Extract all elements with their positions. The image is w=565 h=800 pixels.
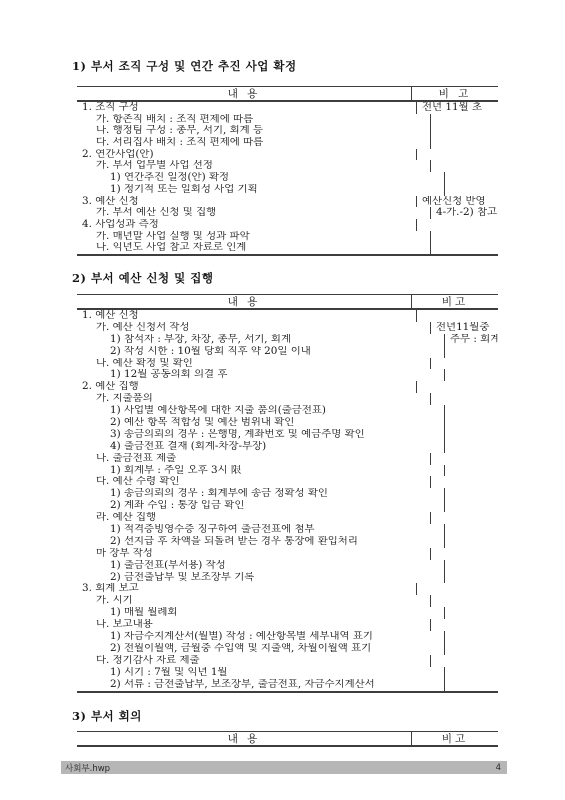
note-cell — [430, 512, 498, 524]
document-page: 1) 부서 조직 구성 및 연간 추진 사업 확정 내 용비 고1. 조직 구성… — [0, 0, 565, 800]
note-cell — [430, 160, 498, 172]
table-row: 나. 예산 확정 및 확인 — [77, 358, 498, 370]
note-cell — [430, 595, 498, 607]
header-cell-content: 내 용 — [77, 87, 411, 100]
content-cell: 2) 전월이월액, 금월중 수입액 및 지출액, 차월이월액 표기 — [77, 643, 444, 655]
table-row: 1) 회계부 : 주일 오후 3시 限 — [77, 465, 498, 477]
note-cell: 전년 11월 초 — [416, 102, 498, 114]
table-row: 1) 자금수지계산서(월별) 작성 : 예산항목별 세부내역 표기 — [77, 631, 498, 643]
content-cell: 라. 예산 집행 — [77, 512, 430, 524]
table-row: 다. 예산 수령 확인 — [77, 476, 498, 488]
content-cell: 1) 정기적 또는 일회성 사업 기획 — [77, 184, 444, 196]
table-row: 가. 부서 업무별 사업 선정 — [77, 160, 498, 172]
table-row: 2) 계좌 수입 : 통장 입금 확인 — [77, 500, 498, 512]
note-cell — [430, 125, 498, 137]
table-row: 2) 선지급 후 차액을 되돌려 받는 경우 통장에 환입처리 — [77, 536, 498, 548]
note-cell — [444, 607, 498, 619]
content-cell: 2) 계좌 수입 : 통장 입금 확인 — [77, 500, 444, 512]
note-cell: 주무 : 회계 — [444, 334, 498, 346]
table-row: 나. 익년도 사업 참고 자료로 인계 — [77, 242, 498, 254]
table-header-row: 내 용비 고 — [77, 87, 498, 102]
note-cell — [444, 346, 498, 358]
note-cell — [430, 619, 498, 631]
table-row: 라. 예산 집행 — [77, 512, 498, 524]
content-cell: 1) 출금전표(부서용) 작성 — [77, 560, 444, 572]
content-cell: 1) 회계부 : 주일 오후 3시 限 — [77, 465, 444, 477]
table-row: 나. 출금전표 제출 — [77, 453, 498, 465]
content-cell: 가. 예산 신청서 작성 — [77, 322, 430, 334]
table-row: 나. 보고내용 — [77, 619, 498, 631]
content-cell: 2) 예산 항목 적합성 및 예산 범위내 확인 — [77, 417, 444, 429]
note-cell — [444, 441, 498, 453]
content-cell: 1) 12월 공동의회 의결 후 — [77, 369, 444, 381]
note-cell — [430, 453, 498, 465]
table-row: 1) 참석자 : 부장, 차장, 총무, 서기, 회계주무 : 회계 — [77, 334, 498, 346]
content-cell: 4) 출금전표 결재 (회계-차장-부장) — [77, 441, 444, 453]
content-cell: 다. 정기감사 자료 제출 — [77, 655, 430, 667]
content-cell: 2. 예산 집행 — [77, 381, 416, 393]
note-cell: 전년11월중 — [430, 322, 498, 334]
note-cell — [444, 679, 498, 691]
note-cell — [444, 536, 498, 548]
note-cell — [430, 231, 498, 243]
note-cell — [444, 369, 498, 381]
page-number: 4 — [496, 763, 507, 773]
section-table-2: 내 용비고1. 예산 신청가. 예산 신청서 작성전년11월중1) 참석자 : … — [77, 294, 498, 693]
content-cell: 1) 송금의뢰의 경우 : 회계부에 송금 정확성 확인 — [77, 488, 444, 500]
table-row: 1) 사업별 예산항목에 대한 지출 품의(출금전표) — [77, 405, 498, 417]
table-row: 4) 출금전표 결재 (회계-차장-부장) — [77, 441, 498, 453]
note-cell — [444, 500, 498, 512]
content-cell: 마 장부 작성 — [77, 548, 430, 560]
table-row: 1) 12월 공동의회 의결 후 — [77, 369, 498, 381]
content-cell: 나. 행정팀 구성 : 총무, 서기, 회계 등 — [77, 125, 430, 137]
content-cell: 2) 서류 : 금전출납부, 보조장부, 출금전표, 자금수지계산서 — [77, 679, 444, 691]
note-cell — [444, 667, 498, 679]
content-cell: 3) 송금의뢰의 경우 : 은행명, 계좌번호 및 예금주명 확인 — [77, 429, 444, 441]
note-cell — [416, 583, 498, 595]
content-cell: 나. 익년도 사업 참고 자료로 인계 — [77, 242, 430, 254]
header-cell-note: 비고 — [411, 732, 498, 745]
content-cell: 다. 예산 수령 확인 — [77, 476, 430, 488]
content-cell: 가. 시기 — [77, 595, 430, 607]
note-cell — [444, 405, 498, 417]
header-cell-note: 비 고 — [411, 87, 498, 100]
table-row: 다. 정기감사 자료 제출 — [77, 655, 498, 667]
table-row: 3) 송금의뢰의 경우 : 은행명, 계좌번호 및 예금주명 확인 — [77, 429, 498, 441]
note-cell — [444, 643, 498, 655]
note-cell — [416, 219, 498, 231]
note-cell — [444, 488, 498, 500]
content-cell: 2. 연간사업(안) — [77, 149, 416, 161]
note-cell — [444, 631, 498, 643]
table-body: 1. 예산 신청가. 예산 신청서 작성전년11월중1) 참석자 : 부장, 차… — [77, 310, 498, 691]
note-cell — [430, 137, 498, 149]
content-cell: 3. 회계 보고 — [77, 583, 416, 595]
table-row: 가. 매년말 사업 실행 및 성과 파악 — [77, 231, 498, 243]
table-row: 2) 예산 항목 적합성 및 예산 범위내 확인 — [77, 417, 498, 429]
table-row: 1) 적격증빙영수증 징구하여 출금전표에 첨부 — [77, 524, 498, 536]
header-cell-content: 내 용 — [77, 295, 411, 308]
note-cell — [444, 560, 498, 572]
header-cell-note: 비고 — [411, 295, 498, 308]
content-cell: 나. 보고내용 — [77, 619, 430, 631]
note-cell: 4-가.-2) 참고 — [430, 207, 498, 219]
table-row: 가. 항존직 배치 : 조직 편제에 따름 — [77, 114, 498, 126]
table-row: 1) 송금의뢰의 경우 : 회계부에 송금 정확성 확인 — [77, 488, 498, 500]
section-title-2: 2) 부서 예산 신청 및 집행 — [72, 272, 213, 285]
content-cell: 1) 적격증빙영수증 징구하여 출금전표에 첨부 — [77, 524, 444, 536]
content-cell: 1) 자금수지계산서(월별) 작성 : 예산항목별 세부내역 표기 — [77, 631, 444, 643]
content-cell: 4. 사업성과 측정 — [77, 219, 416, 231]
section-title-1: 1) 부서 조직 구성 및 연간 추진 사업 확정 — [72, 60, 297, 73]
content-cell: 가. 항존직 배치 : 조직 편제에 따름 — [77, 114, 430, 126]
content-cell: 가. 부서 업무별 사업 선정 — [77, 160, 430, 172]
note-cell — [444, 572, 498, 584]
header-cell-content: 내 용 — [77, 732, 411, 745]
content-cell: 1) 시기 : 7월 및 익년 1월 — [77, 667, 444, 679]
file-name: 사회부.hwp — [61, 762, 110, 774]
note-cell — [430, 548, 498, 560]
table-row: 1) 출금전표(부서용) 작성 — [77, 560, 498, 572]
note-cell — [444, 172, 498, 184]
table-row: 4. 사업성과 측정 — [77, 219, 498, 231]
note-cell — [444, 417, 498, 429]
table-row: 1. 예산 신청 — [77, 310, 498, 322]
content-cell: 2) 금전출납부 및 보조장부 기록 — [77, 572, 444, 584]
table-row: 1) 연간추진 일정(안) 확정 — [77, 172, 498, 184]
table-row: 2) 서류 : 금전출납부, 보조장부, 출금전표, 자금수지계산서 — [77, 679, 498, 691]
table-header-row: 내 용비고 — [77, 295, 498, 310]
note-cell — [430, 114, 498, 126]
table-row: 가. 지출품의 — [77, 393, 498, 405]
content-cell: 2) 선지급 후 차액을 되돌려 받는 경우 통장에 환입처리 — [77, 536, 444, 548]
table-row: 2) 작성 시한 : 10월 당회 직후 약 20일 이내 — [77, 346, 498, 358]
table-row: 마 장부 작성 — [77, 548, 498, 560]
content-cell: 2) 작성 시한 : 10월 당회 직후 약 20일 이내 — [77, 346, 444, 358]
note-cell — [430, 393, 498, 405]
content-cell: 가. 매년말 사업 실행 및 성과 파악 — [77, 231, 430, 243]
note-cell — [430, 242, 498, 254]
content-cell: 다. 서리집사 배치 : 조직 편제에 따름 — [77, 137, 430, 149]
note-cell — [430, 476, 498, 488]
table-row: 2) 금전출납부 및 보조장부 기록 — [77, 572, 498, 584]
section-table-3: 내 용비고 — [77, 731, 498, 747]
table-row: 가. 시기 — [77, 595, 498, 607]
content-cell: 1) 매월 월례회 — [77, 607, 444, 619]
table-row: 3. 회계 보고 — [77, 583, 498, 595]
content-cell: 가. 부서 예산 신청 및 집행 — [77, 207, 430, 219]
content-cell: 나. 예산 확정 및 확인 — [77, 358, 430, 370]
note-cell: 예산신청 반영 — [416, 196, 498, 208]
table-body: 1. 조직 구성전년 11월 초가. 항존직 배치 : 조직 편제에 따름나. … — [77, 102, 498, 254]
note-cell — [430, 655, 498, 667]
content-cell: 1. 조직 구성 — [77, 102, 416, 114]
table-row: 2. 연간사업(안) — [77, 149, 498, 161]
section-title-3: 3) 부서 회의 — [72, 710, 142, 723]
table-row: 가. 부서 예산 신청 및 집행4-가.-2) 참고 — [77, 207, 498, 219]
note-cell — [416, 310, 498, 322]
content-cell: 가. 지출품의 — [77, 393, 430, 405]
note-cell — [416, 149, 498, 161]
table-row: 1) 시기 : 7월 및 익년 1월 — [77, 667, 498, 679]
note-cell — [444, 429, 498, 441]
table-row: 1) 매월 월례회 — [77, 607, 498, 619]
note-cell — [444, 465, 498, 477]
section-table-1: 내 용비 고1. 조직 구성전년 11월 초가. 항존직 배치 : 조직 편제에… — [77, 86, 498, 256]
note-cell — [416, 381, 498, 393]
content-cell: 나. 출금전표 제출 — [77, 453, 430, 465]
content-cell: 1) 참석자 : 부장, 차장, 총무, 서기, 회계 — [77, 334, 444, 346]
table-row: 1) 정기적 또는 일회성 사업 기획 — [77, 184, 498, 196]
table-header-row: 내 용비고 — [77, 732, 498, 747]
table-row: 나. 행정팀 구성 : 총무, 서기, 회계 등 — [77, 125, 498, 137]
table-row: 가. 예산 신청서 작성전년11월중 — [77, 322, 498, 334]
status-bar: 사회부.hwp 4 — [61, 761, 507, 774]
table-row: 1. 조직 구성전년 11월 초 — [77, 102, 498, 114]
note-cell — [444, 524, 498, 536]
table-row: 3. 예산 신청예산신청 반영 — [77, 196, 498, 208]
content-cell: 1) 사업별 예산항목에 대한 지출 품의(출금전표) — [77, 405, 444, 417]
table-row: 2) 전월이월액, 금월중 수입액 및 지출액, 차월이월액 표기 — [77, 643, 498, 655]
note-cell — [430, 358, 498, 370]
content-cell: 1. 예산 신청 — [77, 310, 416, 322]
table-row: 2. 예산 집행 — [77, 381, 498, 393]
content-cell: 3. 예산 신청 — [77, 196, 416, 208]
content-cell: 1) 연간추진 일정(안) 확정 — [77, 172, 444, 184]
note-cell — [444, 184, 498, 196]
table-row: 다. 서리집사 배치 : 조직 편제에 따름 — [77, 137, 498, 149]
